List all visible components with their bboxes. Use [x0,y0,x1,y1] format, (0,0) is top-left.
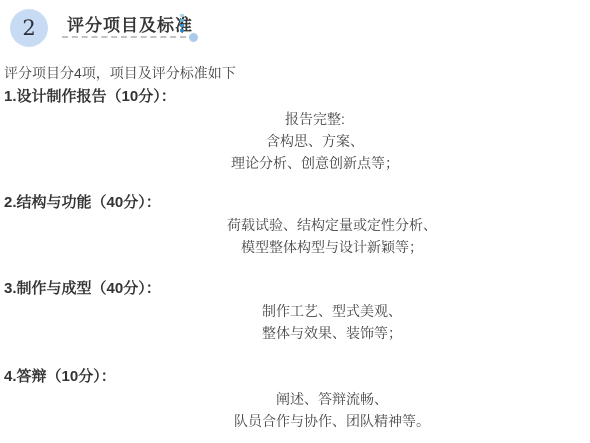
score-item-heading: 2.结构与功能（40分）： [4,192,590,214]
criteria-line: 理论分析、创意创新点等； [40,152,590,174]
score-item-heading: 4.答辩（10分）： [4,366,590,388]
criteria-line: 荷载试验、结构定量或定性分析、 [74,214,590,236]
page-title: 评分项目及标准 [67,11,193,36]
criteria-line: 阐述、答辩流畅、 [74,388,590,410]
title-dashed-underline [62,36,186,38]
score-item-defense: 4.答辩（10分）： 阐述、答辩流畅、 队员合作与协作、团队精神等。 [4,366,590,432]
section-number-badge: 2 [10,9,48,47]
score-item-structure-function: 2.结构与功能（40分）： 荷载试验、结构定量或定性分析、 模型整体构型与设计新… [4,192,590,258]
criteria-line: 制作工艺、型式美观、 [74,300,590,322]
score-item-criteria: 制作工艺、型式美观、 整体与效果、装饰等； [4,300,590,344]
score-item-making-forming: 3.制作与成型（40分）： 制作工艺、型式美观、 整体与效果、装饰等； [4,278,590,344]
criteria-line: 模型整体构型与设计新颖等； [74,236,590,258]
page: 2 评分项目及标准 评分项目分4项，项目及评分标准如下 1.设计制作报告（10分… [0,0,590,443]
score-item-criteria: 报告完整: 含构思、方案、 理论分析、创意创新点等； [4,108,590,174]
score-item-design-report: 1.设计制作报告（10分）： 报告完整: 含构思、方案、 理论分析、创意创新点等… [4,86,590,174]
score-criteria-content: 评分项目分4项，项目及评分标准如下 1.设计制作报告（10分）： 报告完整: 含… [0,62,590,432]
score-item-criteria: 荷载试验、结构定量或定性分析、 模型整体构型与设计新颖等； [4,214,590,258]
criteria-line: 报告完整: [40,108,590,130]
section-header: 2 评分项目及标准 [0,0,590,46]
intro-text: 评分项目分4项，项目及评分标准如下 [4,62,590,84]
criteria-line: 整体与效果、装饰等； [74,322,590,344]
score-item-heading: 3.制作与成型（40分）： [4,278,590,300]
section-number: 2 [22,16,35,40]
underline-end-dot-icon [189,33,198,42]
title-accent-dots-icon [180,14,184,32]
score-item-heading: 1.设计制作报告（10分）： [4,86,590,108]
criteria-line: 含构思、方案、 [40,130,590,152]
score-item-criteria: 阐述、答辩流畅、 队员合作与协作、团队精神等。 [4,388,590,432]
criteria-line: 队员合作与协作、团队精神等。 [74,410,590,432]
